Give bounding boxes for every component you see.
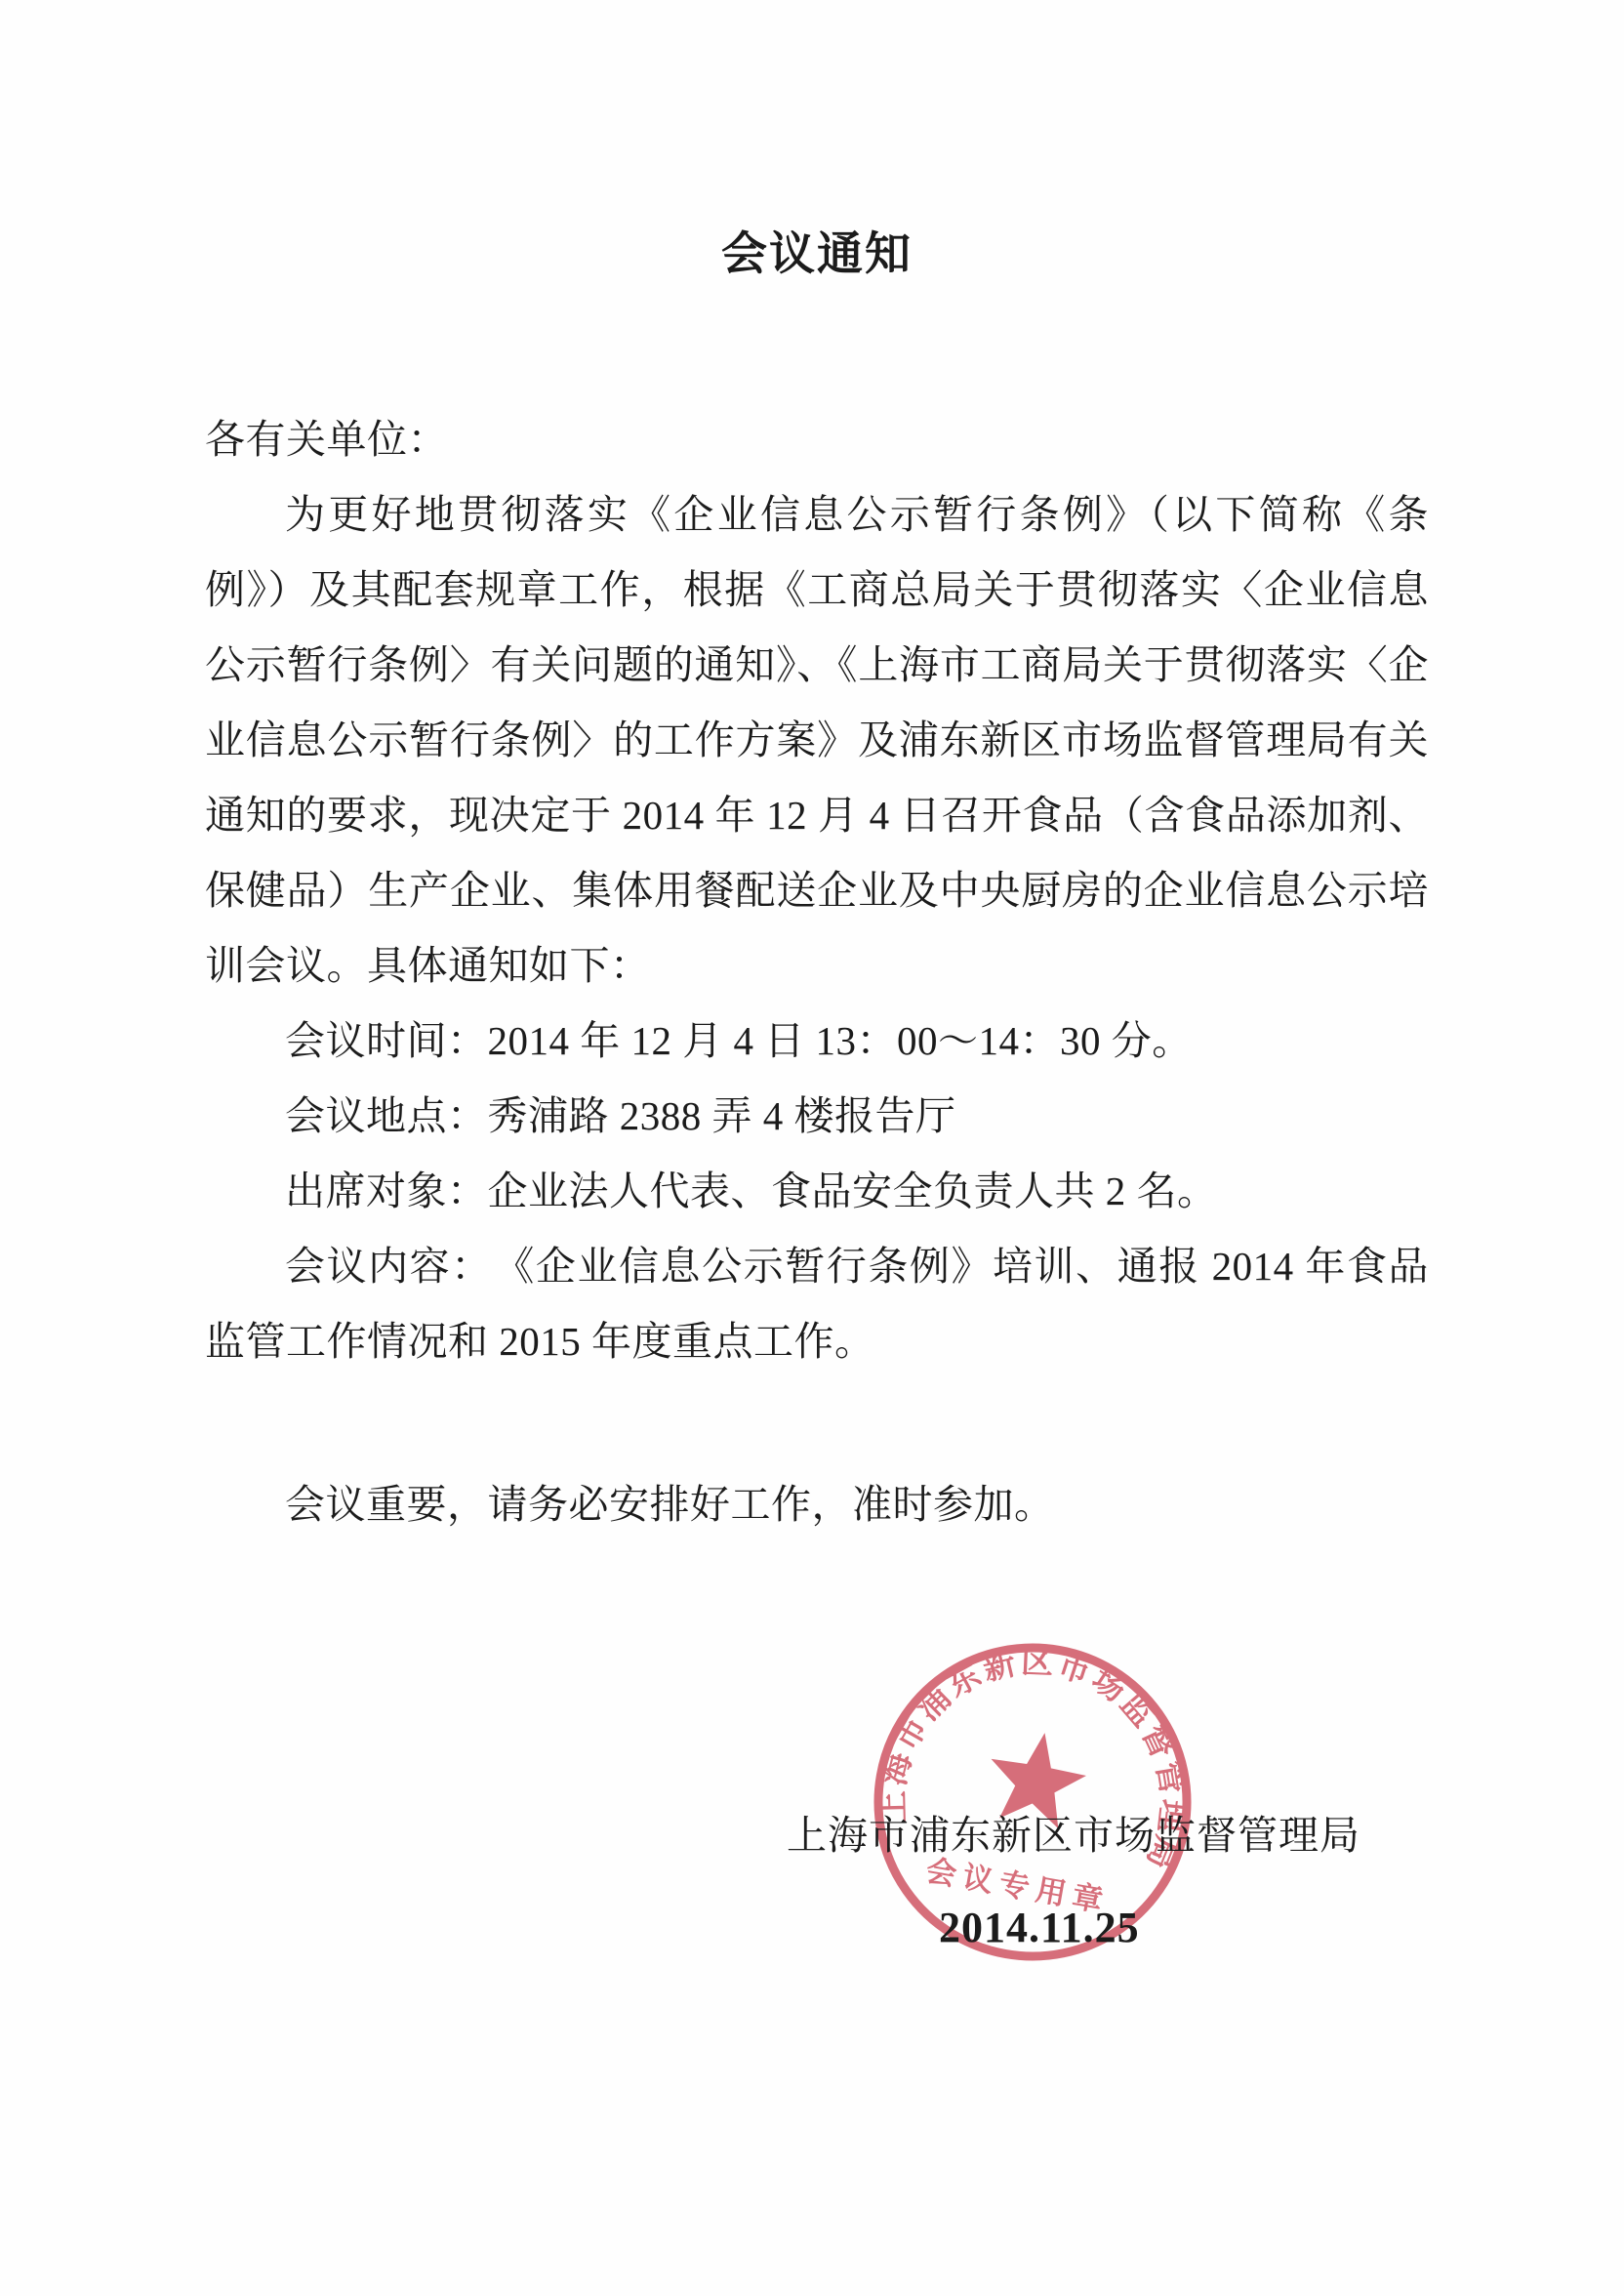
signature-org: 上海市浦东新区市场监督管理局 <box>787 1812 1360 1859</box>
detail-meeting-time-value: 2014 年 12 月 4 日 13：00～14：30 分。 <box>488 1018 1193 1063</box>
detail-meeting-place: 会议地点：秀浦路 2388 弄 4 楼报告厅 <box>205 1079 1429 1154</box>
detail-attendees-label: 出席对象： <box>285 1168 488 1213</box>
detail-meeting-content-label: 会议内容： <box>285 1244 472 1289</box>
detail-attendees: 出席对象：企业法人代表、食品安全负责人共 2 名。 <box>205 1154 1429 1229</box>
closing-note: 会议重要，请务必安排好工作，准时参加。 <box>205 1467 1429 1542</box>
detail-meeting-time: 会议时间：2014 年 12 月 4 日 13：00～14：30 分。 <box>205 1004 1429 1079</box>
detail-meeting-content: 会议内容： 《企业信息公示暂行条例》培训、通报 2014 年食品监管工作情况和 … <box>205 1229 1429 1379</box>
document-content: 会议通知 各有关单位： 为更好地贯彻落实《企业信息公示暂行条例》（以下简称《条例… <box>205 0 1429 1542</box>
detail-meeting-place-value: 秀浦路 2388 弄 4 楼报告厅 <box>488 1093 956 1138</box>
detail-meeting-place-label: 会议地点： <box>285 1093 488 1138</box>
document-page: 会议通知 各有关单位： 为更好地贯彻落实《企业信息公示暂行条例》（以下简称《条例… <box>0 0 1624 2296</box>
document-title: 会议通知 <box>205 227 1429 282</box>
signature-date: 2014.11.25 <box>939 1904 1140 1952</box>
detail-attendees-value: 企业法人代表、食品安全负责人共 2 名。 <box>488 1168 1218 1213</box>
salutation: 各有关单位： <box>205 402 1429 477</box>
detail-meeting-time-label: 会议时间： <box>285 1018 488 1063</box>
body-paragraph: 为更好地贯彻落实《企业信息公示暂行条例》（以下简称《条例》）及其配套规章工作，根… <box>205 477 1429 1004</box>
